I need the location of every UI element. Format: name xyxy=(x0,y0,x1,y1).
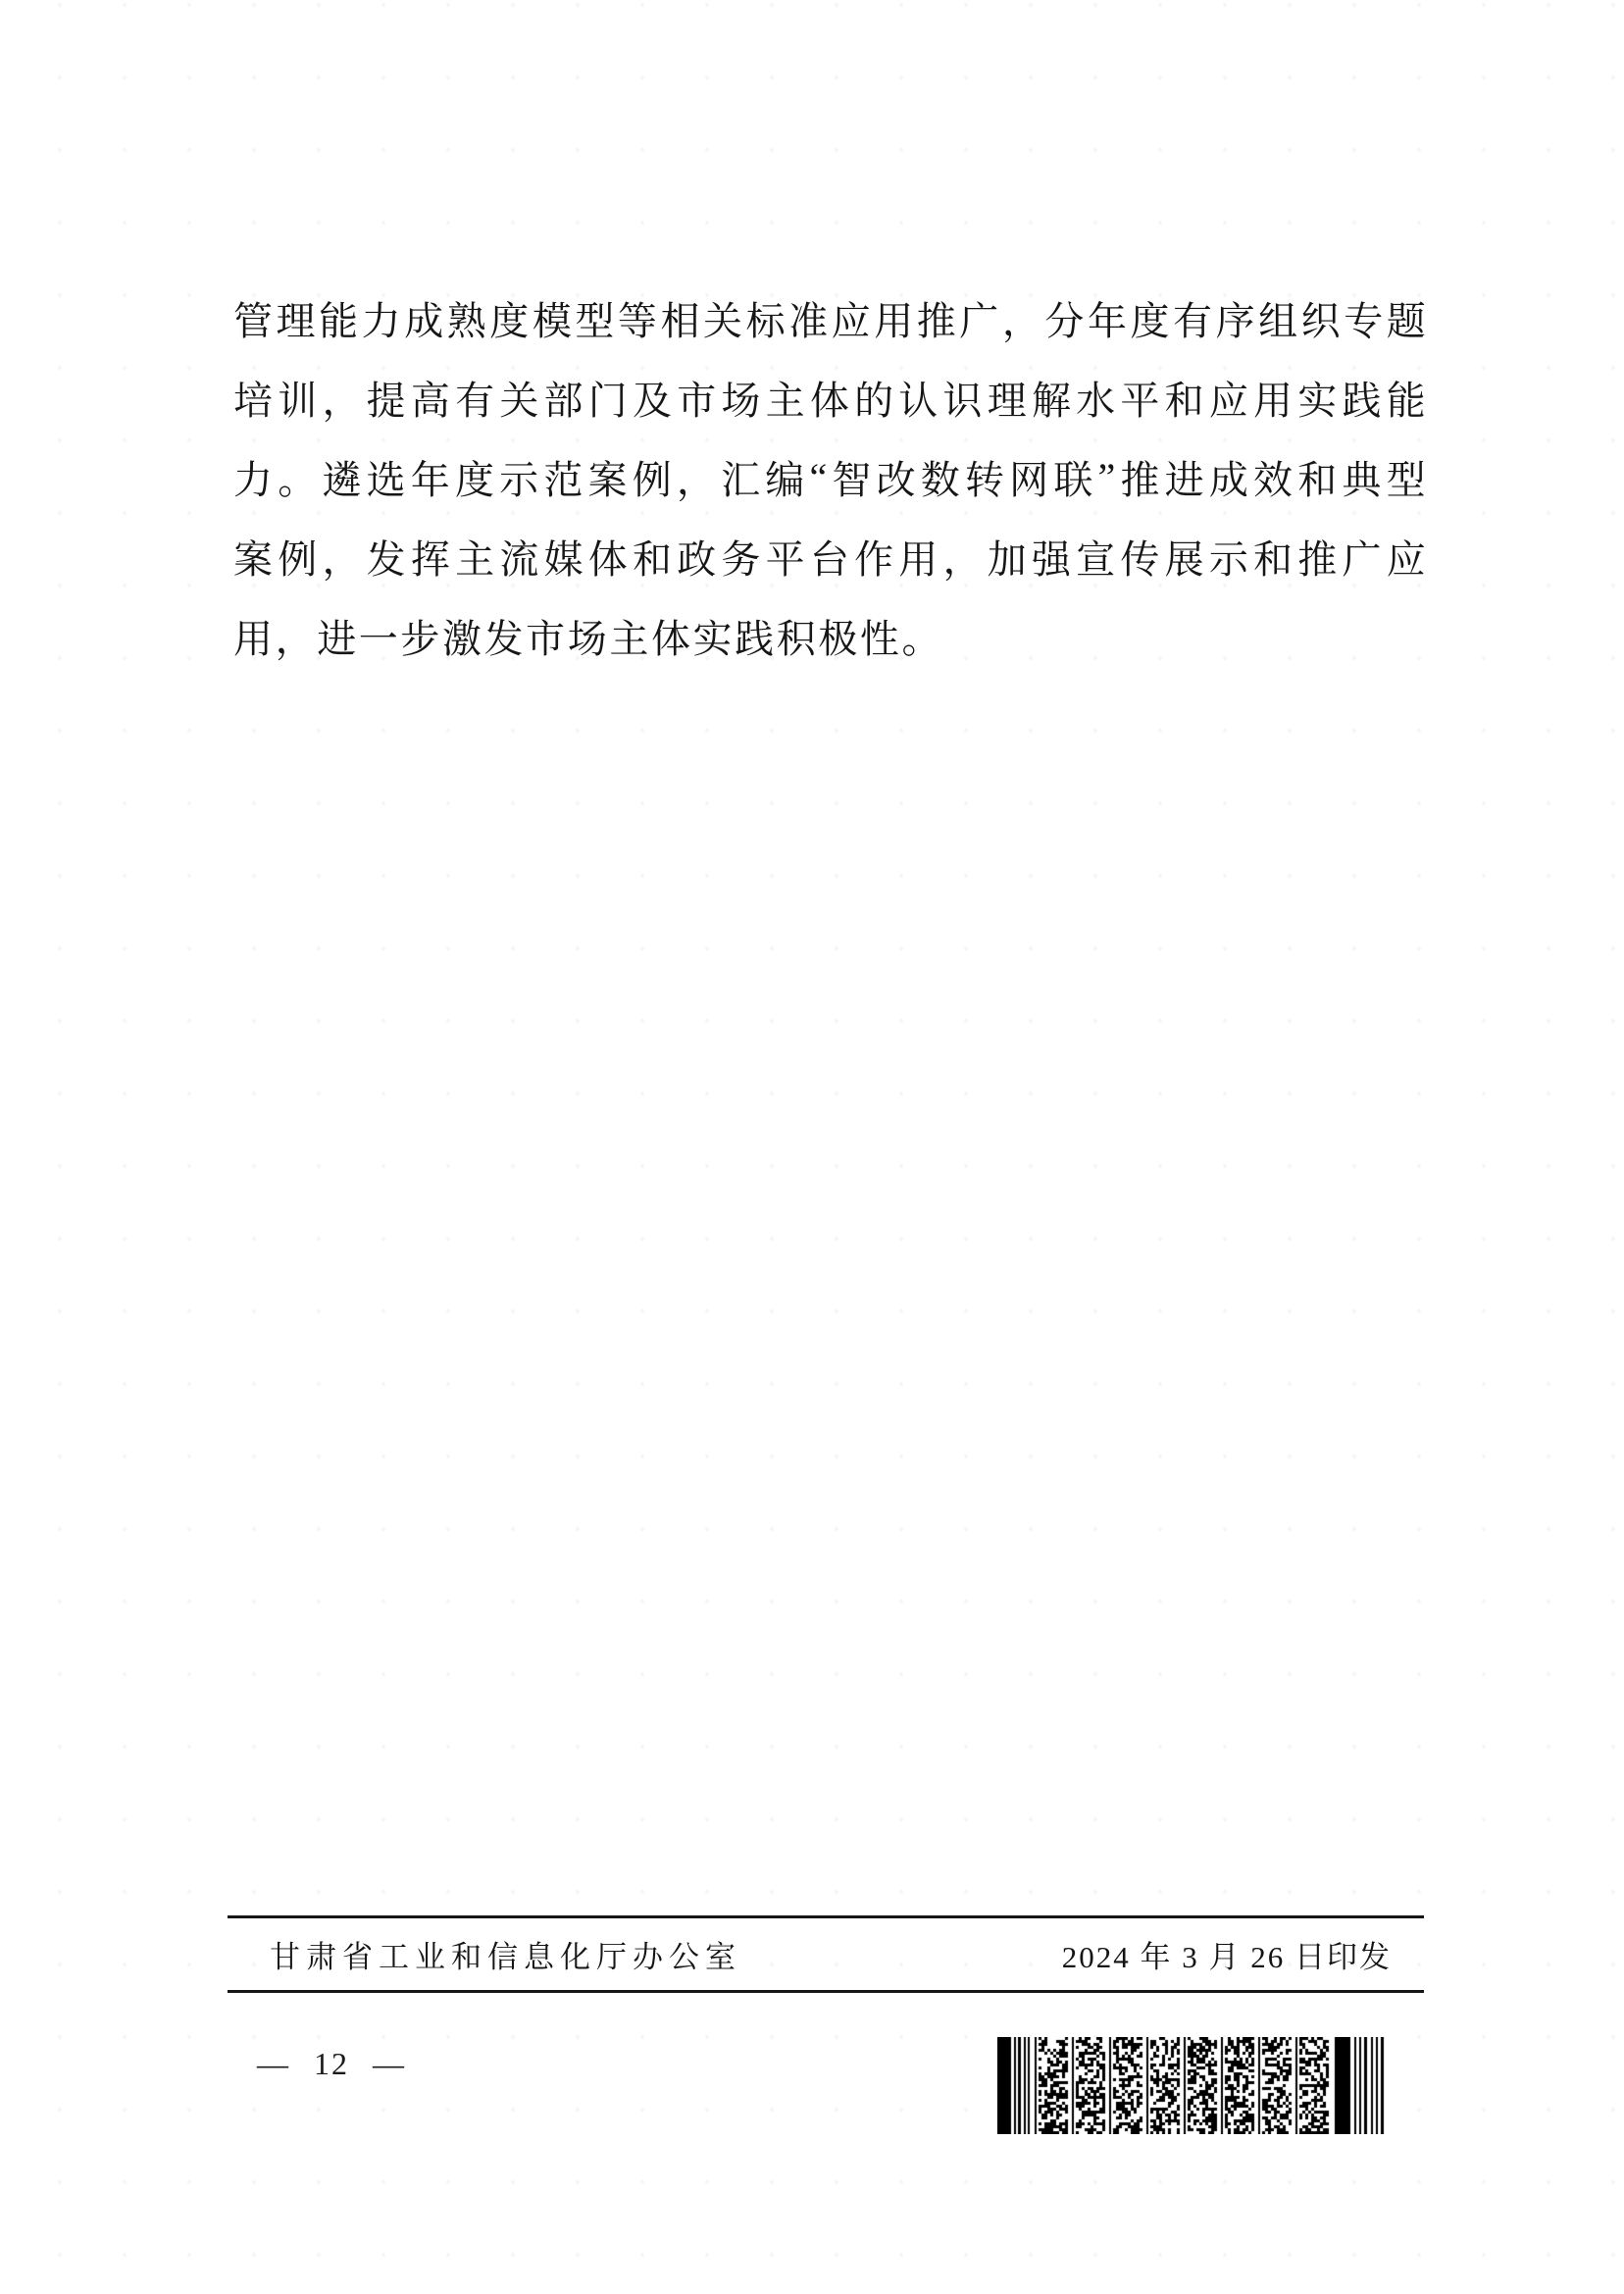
issuer-name: 甘肃省工业和信息化厅办公室 xyxy=(270,1932,741,1976)
paragraph-line: 培训，提高有关部门及市场主体的认识理解水平和应用实践能 xyxy=(233,358,1426,437)
body-paragraph: 管理能力成熟度模型等相关标准应用推广，分年度有序组织专题 培训，提高有关部门及市… xyxy=(233,279,1426,676)
paragraph-line-last: 用，进一步激发市场主体实践积极性。 xyxy=(233,596,1426,676)
paragraph-line: 案例，发挥主流媒体和政务平台作用，加强宣传展示和推广应 xyxy=(233,517,1426,596)
barcode-image xyxy=(997,2037,1386,2134)
print-date: 2024 年 3 月 26 日印发 xyxy=(1062,1932,1392,1976)
document-page: { "page": { "background": "#ffffff", "in… xyxy=(0,0,1624,2294)
footer-row: 甘肃省工业和信息化厅办公室 2024 年 3 月 26 日印发 xyxy=(228,1918,1424,1990)
page-number: — 12 — xyxy=(257,2046,406,2082)
paragraph-line: 管理能力成熟度模型等相关标准应用推广，分年度有序组织专题 xyxy=(233,279,1426,358)
footer-rule-bottom xyxy=(228,1990,1424,1993)
paragraph-line: 力。遴选年度示范案例，汇编“智改数转网联”推进成效和典型 xyxy=(233,437,1426,517)
